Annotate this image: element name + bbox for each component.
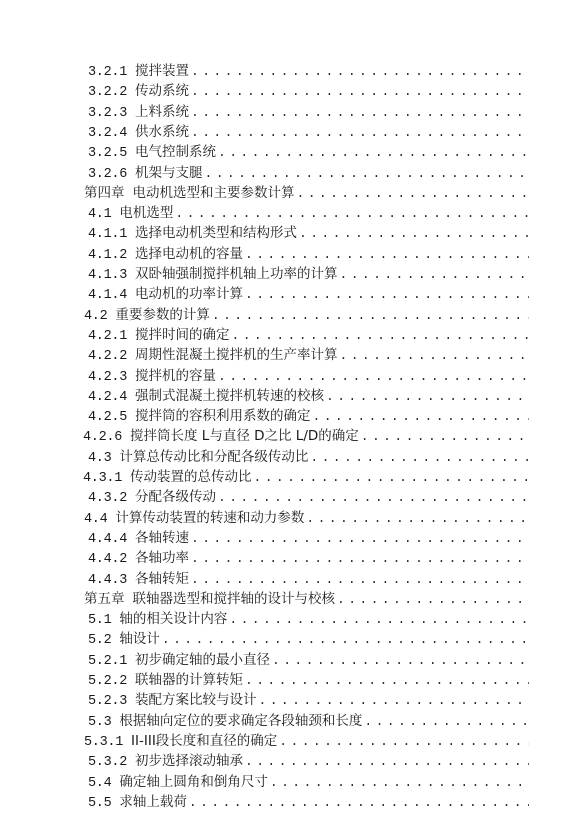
- toc-entry-number: 4.2: [84, 307, 107, 325]
- dot-leader: [245, 752, 529, 771]
- toc-entry-number: 3.2.5: [88, 144, 127, 162]
- toc-entry-title: 搅拌装置: [135, 61, 189, 81]
- dot-leader: [299, 224, 529, 243]
- dot-leader: [191, 570, 529, 589]
- toc-entry-number: 5.3: [88, 713, 111, 731]
- toc-entry-number: 4.2.1: [88, 327, 127, 345]
- dot-leader: [340, 265, 529, 284]
- toc-entry[interactable]: 4.2.6搅拌筒长度 L与直径 D之比 L/D的确定: [83, 426, 529, 446]
- toc-entry-number: 4.3: [88, 449, 111, 467]
- dot-leader: [175, 204, 529, 223]
- toc-entry[interactable]: 4.2重要参数的计算: [84, 305, 529, 325]
- toc-entry[interactable]: 5.4确定轴上圆角和倒角尺寸: [88, 772, 529, 792]
- toc-entry-title: 各轴转矩: [135, 569, 189, 589]
- dot-leader: [218, 367, 529, 386]
- dot-leader: [212, 306, 529, 325]
- dot-leader: [364, 712, 529, 731]
- toc-entry-title: 选择电动机类型和结构形式: [135, 223, 297, 243]
- toc-entry-number: 4.4.2: [88, 550, 127, 568]
- toc-entry-number: 4.1.4: [88, 286, 127, 304]
- toc-entry-title: 双卧轴强制搅拌机轴上功率的计算: [135, 264, 338, 284]
- dot-leader: [229, 610, 529, 629]
- dot-leader: [191, 82, 529, 101]
- toc-entry-number: 4.4.4: [88, 530, 127, 548]
- dot-leader: [245, 245, 529, 264]
- dot-leader: [245, 671, 529, 690]
- toc-entry-title: 传动装置的总传动比: [130, 467, 252, 487]
- toc-entry-title: 重要参数的计算: [115, 305, 210, 325]
- toc-entry-title: 电动机选型和主要参数计算: [133, 183, 295, 203]
- dot-leader: [337, 590, 529, 609]
- toc-entry-number: 3.2.3: [88, 104, 127, 122]
- toc-entry-title: 轴设计: [119, 629, 160, 649]
- toc-entry-number: 4.1: [88, 205, 111, 223]
- toc-entry-title: 周期性混凝土搅拌机的生产率计算: [135, 345, 338, 365]
- toc-entry-number: 3.2.1: [88, 63, 127, 81]
- dot-leader: [189, 793, 529, 812]
- toc-entry[interactable]: 3.2.2传动系统: [88, 81, 529, 101]
- toc-entry-title: 各轴转速: [135, 528, 189, 548]
- toc-entry[interactable]: 5.3根据轴向定位的要求确定各段轴颈和长度: [88, 711, 529, 731]
- toc-entry[interactable]: 3.2.1搅拌装置: [88, 61, 529, 81]
- toc-entry-number: 3.2.4: [88, 124, 127, 142]
- toc-entry-title: 计算总传动比和分配各级传动比: [119, 447, 308, 467]
- toc-entry-title: 分配各级传动: [135, 487, 216, 507]
- toc-entry-number: 5.4: [88, 774, 111, 792]
- toc-entry-title: 求轴上载荷: [119, 792, 187, 812]
- dot-leader: [313, 407, 529, 426]
- dot-leader: [254, 468, 529, 487]
- toc-entry[interactable]: 5.1轴的相关设计内容: [88, 609, 529, 629]
- dot-leader: [272, 651, 529, 670]
- toc-entry[interactable]: 3.2.3上料系统: [88, 102, 529, 122]
- toc-entry-number: 5.5: [88, 794, 111, 812]
- toc-entry-title: 初步确定轴的最小直径: [135, 650, 270, 670]
- toc-entry[interactable]: 4.2.3搅拌机的容量: [88, 366, 529, 386]
- toc-entry[interactable]: 4.3计算总传动比和分配各级传动比: [88, 447, 529, 467]
- dot-leader: [191, 529, 529, 548]
- toc-entry-title: 电机选型: [119, 203, 173, 223]
- toc-entry[interactable]: 4.2.4强制式混凝土搅拌机转速的校核: [88, 386, 529, 406]
- toc-entry[interactable]: 4.1.4电动机的功率计算: [88, 284, 529, 304]
- toc-entry-number: 第五章: [84, 589, 125, 609]
- toc-entry[interactable]: 4.1.1选择电动机类型和结构形式: [88, 223, 529, 243]
- dot-leader: [191, 123, 529, 142]
- toc-entry-number: 5.2.1: [88, 652, 127, 670]
- toc-entry[interactable]: 5.2.2联轴器的计算转矩: [88, 670, 529, 690]
- toc-entry[interactable]: 第五章联轴器选型和搅拌轴的设计与校核: [84, 589, 529, 609]
- dot-leader: [306, 509, 529, 528]
- toc-entry-title: 计算传动装置的转速和动力参数: [115, 508, 304, 528]
- toc-entry-title: 各轴功率: [135, 548, 189, 568]
- dot-leader: [191, 103, 529, 122]
- toc-entry[interactable]: 3.2.4供水系统: [88, 122, 529, 142]
- dot-leader: [191, 549, 529, 568]
- toc-entry-number: 第四章: [84, 183, 125, 203]
- toc-entry[interactable]: 第四章电动机选型和主要参数计算: [84, 183, 529, 203]
- toc-entry-number: 5.2.2: [88, 672, 127, 690]
- toc-entry-number: 5.1: [88, 611, 111, 629]
- dot-leader: [340, 346, 529, 365]
- dot-leader: [162, 630, 529, 649]
- toc-entry[interactable]: 4.4.4各轴转速: [88, 528, 529, 548]
- toc-entry-title: 初步选择滚动轴承: [135, 751, 243, 771]
- toc-entry-title: 根据轴向定位的要求确定各段轴颈和长度: [119, 711, 362, 731]
- toc-entry-number: 3.2.6: [88, 165, 127, 183]
- dot-leader: [310, 448, 529, 467]
- toc-entry[interactable]: 4.4.3各轴转矩: [88, 569, 529, 589]
- dot-leader: [245, 285, 529, 304]
- toc-entry-number: 4.1.2: [88, 246, 127, 264]
- toc-entry-title: 搅拌筒的容积利用系数的确定: [135, 406, 311, 426]
- toc-entry-title: 搅拌时间的确定: [135, 325, 230, 345]
- toc-entry[interactable]: 4.4计算传动装置的转速和动力参数: [84, 508, 529, 528]
- toc-entry-number: 3.2.2: [88, 83, 127, 101]
- dot-leader: [259, 691, 529, 710]
- toc-entry[interactable]: 4.3.2分配各级传动: [88, 487, 529, 507]
- toc-entry[interactable]: 4.2.2周期性混凝土搅拌机的生产率计算: [88, 345, 529, 365]
- toc-entry[interactable]: 4.1电机选型: [88, 203, 529, 223]
- toc-entry[interactable]: 5.2轴设计: [88, 629, 529, 649]
- toc-entry[interactable]: 5.3.1II-III段长度和直径的确定: [84, 731, 529, 751]
- toc-entry[interactable]: 4.1.2选择电动机的容量: [88, 244, 529, 264]
- dot-leader: [191, 62, 529, 81]
- dot-leader: [218, 143, 529, 162]
- toc-entry-title: 联轴器选型和搅拌轴的设计与校核: [133, 589, 336, 609]
- toc-entry[interactable]: 4.2.1搅拌时间的确定: [88, 325, 529, 345]
- toc-entry-number: 5.2.3: [88, 692, 127, 710]
- toc-entry-number: 4.2.2: [88, 347, 127, 365]
- toc-entry-title: 强制式混凝土搅拌机转速的校核: [135, 386, 324, 406]
- dot-leader: [218, 488, 529, 507]
- toc-entry-title: 轴的相关设计内容: [119, 609, 227, 629]
- toc-entry-title: 确定轴上圆角和倒角尺寸: [119, 772, 268, 792]
- toc-entry[interactable]: 5.3.2初步选择滚动轴承: [88, 751, 529, 771]
- toc-entry-number: 4.3.2: [88, 489, 127, 507]
- toc-entry[interactable]: 4.3.1传动装置的总传动比: [83, 467, 529, 487]
- toc-entry-title: 搅拌筒长度 L与直径 D之比 L/D的确定: [130, 426, 359, 446]
- dot-leader: [279, 732, 529, 751]
- toc-entry[interactable]: 4.4.2各轴功率: [88, 548, 529, 568]
- toc-entry-number: 4.1.1: [88, 225, 127, 243]
- toc-entry-title: 联轴器的计算转矩: [135, 670, 243, 690]
- toc-entry[interactable]: 5.5求轴上载荷: [88, 792, 529, 812]
- toc-entry-number: 4.2.5: [88, 408, 127, 426]
- toc-entry[interactable]: 3.2.5电气控制系统: [88, 142, 529, 162]
- toc-entry-title: 机架与支腿: [135, 163, 203, 183]
- dot-leader: [326, 387, 529, 406]
- dot-leader: [232, 326, 529, 345]
- toc-entry-title: 传动系统: [135, 81, 189, 101]
- toc-entry-title: 电气控制系统: [135, 142, 216, 162]
- toc-entry-number: 4.2.6: [83, 428, 122, 446]
- toc-entry[interactable]: 5.2.3装配方案比较与设计: [88, 690, 529, 710]
- dot-leader: [361, 427, 529, 446]
- toc-entry-number: 4.1.3: [88, 266, 127, 284]
- toc-entry-number: 4.4: [84, 510, 107, 528]
- toc-entry-title: 装配方案比较与设计: [135, 690, 257, 710]
- toc-entry-number: 4.3.1: [83, 469, 122, 487]
- toc-entry[interactable]: 4.1.3双卧轴强制搅拌机轴上功率的计算: [88, 264, 529, 284]
- toc-entry-number: 5.2: [88, 631, 111, 649]
- toc-entry-number: 4.4.3: [88, 571, 127, 589]
- toc-entry-number: 5.3.2: [88, 753, 127, 771]
- toc-entry[interactable]: 5.2.1初步确定轴的最小直径: [88, 650, 529, 670]
- toc-entry-title: 选择电动机的容量: [135, 244, 243, 264]
- toc-entry-number: 4.2.4: [88, 388, 127, 406]
- dot-leader: [297, 184, 530, 203]
- toc-entry-number: 4.2.3: [88, 368, 127, 386]
- toc-entry-number: 5.3.1: [84, 733, 123, 751]
- toc-entry-title: 搅拌机的容量: [135, 366, 216, 386]
- dot-leader: [270, 773, 529, 792]
- toc-entry-title: 上料系统: [135, 102, 189, 122]
- toc-entry[interactable]: 3.2.6机架与支腿: [88, 163, 529, 183]
- toc-entry-title: II-III段长度和直径的确定: [131, 731, 277, 751]
- toc-entry-title: 供水系统: [135, 122, 189, 142]
- dot-leader: [205, 164, 529, 183]
- toc-entry-title: 电动机的功率计算: [135, 284, 243, 304]
- toc-entry[interactable]: 4.2.5搅拌筒的容积利用系数的确定: [88, 406, 529, 426]
